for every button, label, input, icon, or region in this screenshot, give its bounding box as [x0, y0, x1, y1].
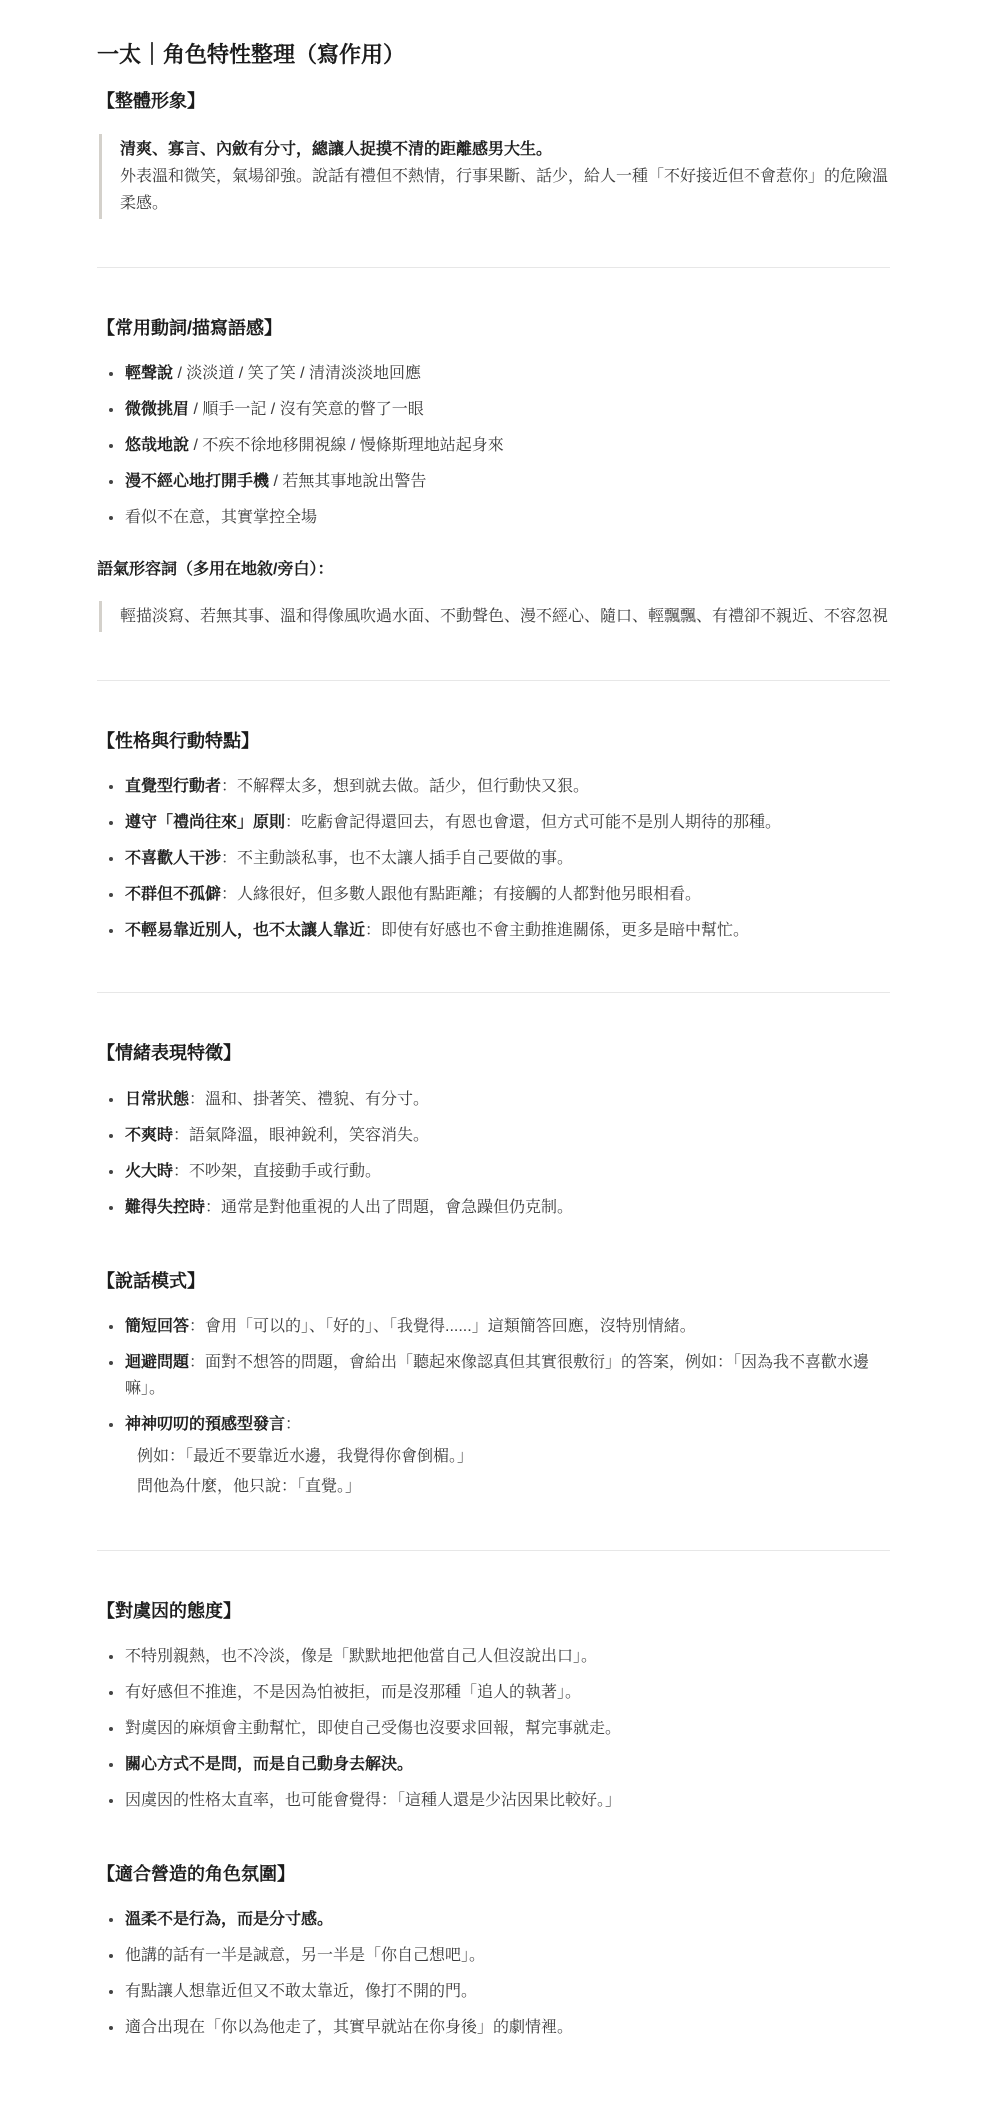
bullet-dot — [109, 1727, 113, 1731]
bullet-dot — [109, 516, 113, 520]
premonition-examples: 例如：「最近不要靠近水邊，我覺得你會倒楣。」 問他為什麼，他只說：「直覺。」 — [137, 1442, 890, 1502]
overall-quote-bold-line: 清爽、寡言、內斂有分寸，總讓人捉摸不清的距離感男大生。 — [120, 136, 890, 163]
bullet-dot — [109, 372, 113, 376]
bullet-dot — [109, 444, 113, 448]
verbs-bullet-list: 輕聲說 / 淡淡道 / 笑了笑 / 清清淡淡地回應 微微挑眉 / 順手一記 / … — [97, 361, 890, 531]
list-item: 悠哉地說 / 不疾不徐地移開視線 / 慢條斯理地站起身來 — [103, 433, 890, 459]
list-item: 直覺型行動者：不解釋太多，想到就去做。話少，但行動快又狠。 — [103, 774, 890, 800]
speech-bullet-list: 簡短回答：會用「可以的」、「好的」、「我覺得......」這類簡答回應，沒特別情… — [97, 1314, 890, 1502]
bullet-dot — [109, 1691, 113, 1695]
bullet-dot — [109, 480, 113, 484]
attitude-bullet-list: 不特別親熱，也不冷淡，像是「默默地把他當自己人但沒說出口」。 有好感但不推進，不… — [97, 1644, 890, 1814]
bullet-dot — [109, 1990, 113, 1994]
list-item: 微微挑眉 / 順手一記 / 沒有笑意的瞥了一眼 — [103, 397, 890, 423]
section-heading-atmosphere: 【適合營造的角色氛圍】 — [97, 1862, 890, 1887]
tone-adjectives-quote: 輕描淡寫、若無其事、溫和得像風吹過水面、不動聲色、漫不經心、隨口、輕飄飄、有禮卻… — [99, 601, 890, 632]
tone-adjectives-text: 輕描淡寫、若無其事、溫和得像風吹過水面、不動聲色、漫不經心、隨口、輕飄飄、有禮卻… — [120, 603, 890, 630]
bullet-dot — [109, 2026, 113, 2030]
section-heading-verbs: 【常用動詞/描寫語感】 — [97, 316, 890, 341]
list-item: 難得失控時：通常是對他重視的人出了問題，會急躁但仍克制。 — [103, 1195, 890, 1221]
section-heading-speech: 【說話模式】 — [97, 1269, 890, 1294]
list-item: 火大時：不吵架，直接動手或行動。 — [103, 1159, 890, 1185]
bullet-dot — [109, 1954, 113, 1958]
bullet-dot — [109, 1170, 113, 1174]
list-item: 日常狀態：溫和、掛著笑、禮貌、有分寸。 — [103, 1087, 890, 1113]
bullet-dot — [109, 857, 113, 861]
bullet-dot — [109, 1098, 113, 1102]
list-item: 神神叨叨的預感型發言： 例如：「最近不要靠近水邊，我覺得你會倒楣。」 問他為什麼… — [103, 1412, 890, 1502]
list-item: 不特別親熱，也不冷淡，像是「默默地把他當自己人但沒說出口」。 — [103, 1644, 890, 1670]
list-item: 不群但不孤僻：人緣很好，但多數人跟他有點距離；有接觸的人都對他另眼相看。 — [103, 882, 890, 908]
overall-quote-regular-line: 外表溫和微笑，氣場卻強。說話有禮但不熱情，行事果斷、話少，給人一種「不好接近但不… — [120, 163, 890, 217]
list-item: 溫柔不是行為，而是分寸感。 — [103, 1907, 890, 1933]
bullet-dot — [109, 821, 113, 825]
list-item: 關心方式不是問，而是自己動身去解決。 — [103, 1752, 890, 1778]
list-item: 輕聲說 / 淡淡道 / 笑了笑 / 清清淡淡地回應 — [103, 361, 890, 387]
section-heading-attitude: 【對虞因的態度】 — [97, 1599, 890, 1624]
bullet-dot — [109, 1918, 113, 1922]
list-item: 有好感但不推進，不是因為怕被拒，而是沒那種「追人的執著」。 — [103, 1680, 890, 1706]
list-item: 他講的話有一半是誠意，另一半是「你自己想吧」。 — [103, 1943, 890, 1969]
list-item: 迴避問題：面對不想答的問題，會給出「聽起來像認真但其實很敷衍」的答案，例如：「因… — [103, 1350, 890, 1402]
list-item: 適合出現在「你以為他走了，其實早就站在你身後」的劇情裡。 — [103, 2015, 890, 2041]
bullet-dot — [109, 1763, 113, 1767]
bullet-dot — [109, 1423, 113, 1427]
divider — [97, 680, 890, 681]
bullet-dot — [109, 893, 113, 897]
list-item: 不爽時：語氣降溫，眼神銳利，笑容消失。 — [103, 1123, 890, 1149]
bullet-dot — [109, 1799, 113, 1803]
divider — [97, 267, 890, 268]
divider — [97, 992, 890, 993]
list-item: 不喜歡人干涉：不主動談私事，也不太讓人插手自己要做的事。 — [103, 846, 890, 872]
list-item: 有點讓人想靠近但又不敢太靠近，像打不開的門。 — [103, 1979, 890, 2005]
atmosphere-bullet-list: 溫柔不是行為，而是分寸感。 他講的話有一半是誠意，另一半是「你自己想吧」。 有點… — [97, 1907, 890, 2041]
premonition-example-line: 例如：「最近不要靠近水邊，我覺得你會倒楣。」 — [137, 1442, 890, 1472]
bullet-dot — [109, 408, 113, 412]
tone-adjectives-label: 語氣形容詞（多用在地敘/旁白）： — [97, 557, 890, 583]
section-heading-emotion: 【情緒表現特徵】 — [97, 1041, 890, 1066]
section-heading-personality: 【性格與行動特點】 — [97, 729, 890, 754]
page-title: 一太｜角色特性整理（寫作用） — [97, 40, 890, 71]
emotion-bullet-list: 日常狀態：溫和、掛著笑、禮貌、有分寸。 不爽時：語氣降溫，眼神銳利，笑容消失。 … — [97, 1087, 890, 1221]
list-item: 因虞因的性格太直率，也可能會覺得：「這種人還是少沾因果比較好。」 — [103, 1788, 890, 1814]
list-item: 漫不經心地打開手機 / 若無其事地說出警告 — [103, 469, 890, 495]
bullet-dot — [109, 1325, 113, 1329]
overall-quote: 清爽、寡言、內斂有分寸，總讓人捉摸不清的距離感男大生。 外表溫和微笑，氣場卻強。… — [99, 134, 890, 219]
bullet-dot — [109, 1206, 113, 1210]
list-item: 對虞因的麻煩會主動幫忙，即使自己受傷也沒要求回報，幫完事就走。 — [103, 1716, 890, 1742]
bullet-dot — [109, 1134, 113, 1138]
list-item: 遵守「禮尚往來」原則：吃虧會記得還回去，有恩也會還，但方式可能不是別人期待的那種… — [103, 810, 890, 836]
list-item: 簡短回答：會用「可以的」、「好的」、「我覺得......」這類簡答回應，沒特別情… — [103, 1314, 890, 1340]
bullet-dot — [109, 1361, 113, 1365]
divider — [97, 1550, 890, 1551]
premonition-example-line: 問他為什麼，他只說：「直覺。」 — [137, 1472, 890, 1502]
bullet-dot — [109, 785, 113, 789]
list-item: 看似不在意，其實掌控全場 — [103, 505, 890, 531]
bullet-dot — [109, 929, 113, 933]
bullet-dot — [109, 1655, 113, 1659]
list-item: 不輕易靠近別人，也不太讓人靠近：即使有好感也不會主動推進關係，更多是暗中幫忙。 — [103, 918, 890, 944]
personality-bullet-list: 直覺型行動者：不解釋太多，想到就去做。話少，但行動快又狠。 遵守「禮尚往來」原則… — [97, 774, 890, 944]
section-heading-overall: 【整體形象】 — [97, 89, 890, 114]
